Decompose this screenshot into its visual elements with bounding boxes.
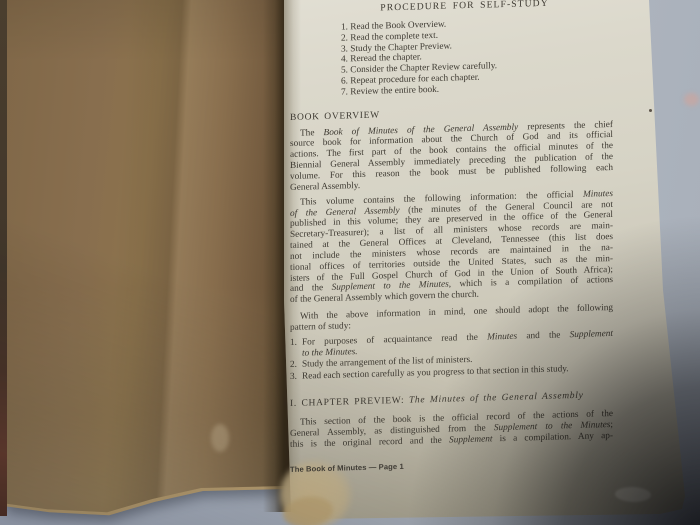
section-heading: I. CHAPTER PREVIEW: The Minutes of the G…: [290, 390, 613, 410]
procedure-list: 1. Read the Book Overview.2. Read the co…: [290, 15, 613, 100]
cover-crease: [5, 0, 289, 518]
background-smudge: [684, 93, 699, 106]
paragraph: This volume contains the following infor…: [290, 189, 613, 306]
book-cover: [0, 0, 296, 525]
page-text: PROCEDURE FOR SELF-STUDY1. Read the Book…: [290, 0, 613, 475]
page-heading: PROCEDURE FOR SELF-STUDY: [290, 0, 613, 17]
cover-board: [5, 0, 289, 518]
paragraph: This section of the book is the official…: [290, 409, 613, 451]
book-spine-edge: [0, 0, 7, 516]
book-photo: PROCEDURE FOR SELF-STUDY1. Read the Book…: [0, 0, 700, 525]
paragraph: The Book of Minutes of the General Assem…: [290, 120, 613, 194]
